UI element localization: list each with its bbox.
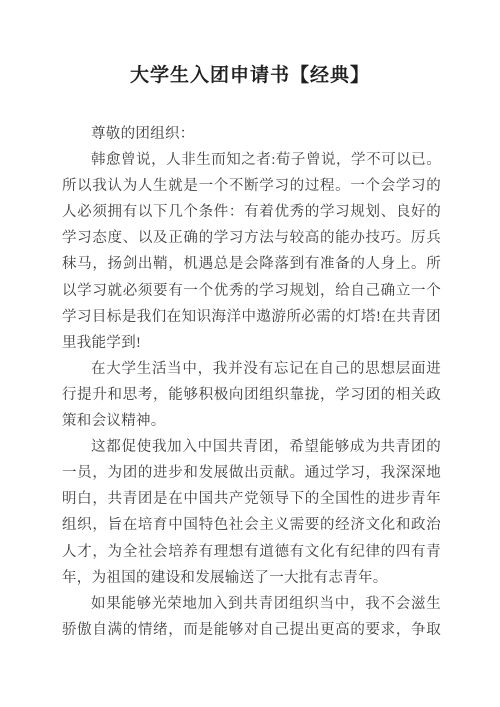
text-line: 以学习就必须要有一个优秀的学习规划，给自己确立一个: [62, 278, 441, 304]
document-body: 尊敬的团组织：韩愈曾说，人非生而知之者:荀子曾说，学不可以已。所以我认为人生就是…: [62, 121, 441, 643]
text-line: 尊敬的团组织：: [62, 121, 441, 147]
text-line: 韩愈曾说，人非生而知之者:荀子曾说，学不可以已。: [62, 147, 441, 173]
text-line: 年，为祖国的建设和发展输送了一大批有志青年。: [62, 565, 441, 591]
text-line: 一员，为团的进步和发展做出贡献。通过学习，我深深地: [62, 460, 441, 486]
text-line: 在大学生活当中，我并没有忘记在自己的思想层面进: [62, 356, 441, 382]
text-line: 里我能学到!: [62, 330, 441, 356]
text-line: 人必须拥有以下几个条件：有着优秀的学习规划、良好的: [62, 199, 441, 225]
document-title: 大学生入团申请书【经典】: [0, 60, 500, 87]
text-line: 秣马，扬剑出鞘，机遇总是会降落到有准备的人身上。所: [62, 251, 441, 277]
text-line: 所以我认为人生就是一个不断学习的过程。一个会学习的: [62, 173, 441, 199]
text-line: 明白，共青团是在中国共产党领导下的全国性的进步青年: [62, 486, 441, 512]
text-line: 策和会议精神。: [62, 408, 441, 434]
text-line: 行提升和思考，能够积极向团组织靠拢，学习团的相关政: [62, 382, 441, 408]
text-line: 骄傲自满的情绪，而是能够对自己提出更高的要求，争取: [62, 617, 441, 643]
text-line: 如果能够光荣地加入到共青团组织当中，我不会滋生: [62, 591, 441, 617]
document-page: 大学生入团申请书【经典】 尊敬的团组织：韩愈曾说，人非生而知之者:荀子曾说，学不…: [0, 0, 500, 707]
text-line: 人才，为全社会培养有理想有道德有文化有纪律的四有青: [62, 539, 441, 565]
text-line: 这都促使我加入中国共青团，希望能够成为共青团的: [62, 434, 441, 460]
text-line: 学习目标是我们在知识海洋中遨游所必需的灯塔!在共青团: [62, 304, 441, 330]
text-line: 学习态度、以及正确的学习方法与较高的能办技巧。厉兵: [62, 225, 441, 251]
text-line: 组织，旨在培育中国特色社会主义需要的经济文化和政治: [62, 512, 441, 538]
